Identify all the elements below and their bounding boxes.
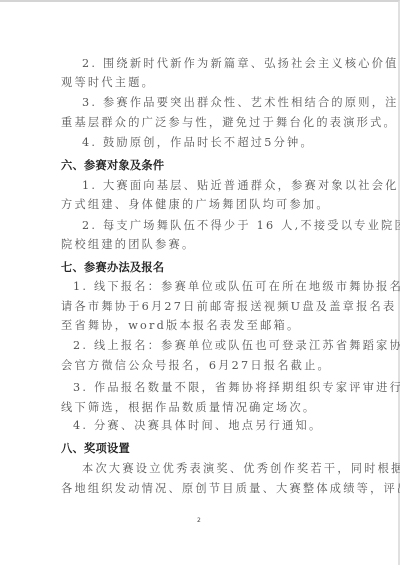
section-heading: 六、参赛对象及条件 [61, 159, 164, 173]
paragraph-line: 3. 参赛作品要突出群众性、艺术性相结合的原则，注 [82, 96, 340, 110]
section-heading: 八、奖项设置 [61, 442, 130, 456]
document-page: 2. 围绕新时代新作为新篇章、弘扬社会主义核心价值观等时代主题。3. 参赛作品要… [0, 0, 400, 565]
paragraph-line: 院校组建的团队参赛。 [61, 238, 341, 252]
paragraph-line: 3. 作品报名数量不限，省舞协将择期组织专家评审进行 [73, 381, 341, 395]
paragraph-line: 请各市舞协于6月27日前邮寄报送视频U盘及盖章报名表 [61, 300, 341, 314]
paragraph-line: 2. 每支广场舞队伍不得少于 16 人,不接受以专业院团、 [82, 219, 340, 233]
paragraph-line: 方式组建、身体健康的广场舞团队均可参加。 [61, 198, 341, 212]
paragraph-line: 2. 围绕新时代新作为新篇章、弘扬社会主义核心价值 [82, 57, 340, 71]
page-number: 2 [197, 517, 201, 524]
section-heading: 七、参赛办法及报名 [61, 261, 164, 275]
paragraph-line: 会官方微信公众号报名，6月27日报名截止。 [61, 359, 341, 373]
paragraph-line: 2. 线上报名：参赛单位或队伍也可登录江苏省舞蹈家协 [73, 339, 341, 353]
paragraph-line: 观等时代主题。 [61, 76, 341, 90]
paragraph-line: 线下筛选，根据作品数质量情况确定场次。 [61, 401, 341, 415]
paragraph-line: 各地组织发动情况、原创节目质量、大赛整体成绩等，评出 [61, 482, 341, 496]
paragraph-line: 1. 大赛面向基层、贴近普通群众，参赛对象以社会化 [82, 179, 340, 193]
paragraph-line: 重基层群众的广泛参与性，避免过于舞台化的表演形式。 [61, 116, 341, 130]
paragraph-line: 4. 鼓励原创，作品时长不超过5分钟。 [82, 136, 340, 150]
paragraph-line: 1. 线下报名：参赛单位或队伍可在所在地级市舞协报名。 [73, 280, 341, 294]
paragraph-line: 至省舞协，word版本报名表发至邮箱。 [61, 319, 341, 333]
paragraph-line: 4. 分赛、决赛具体时间、地点另行通知。 [73, 419, 341, 433]
paragraph-line: 本次大赛设立优秀表演奖、优秀创作奖若干，同时根据 [82, 462, 340, 476]
